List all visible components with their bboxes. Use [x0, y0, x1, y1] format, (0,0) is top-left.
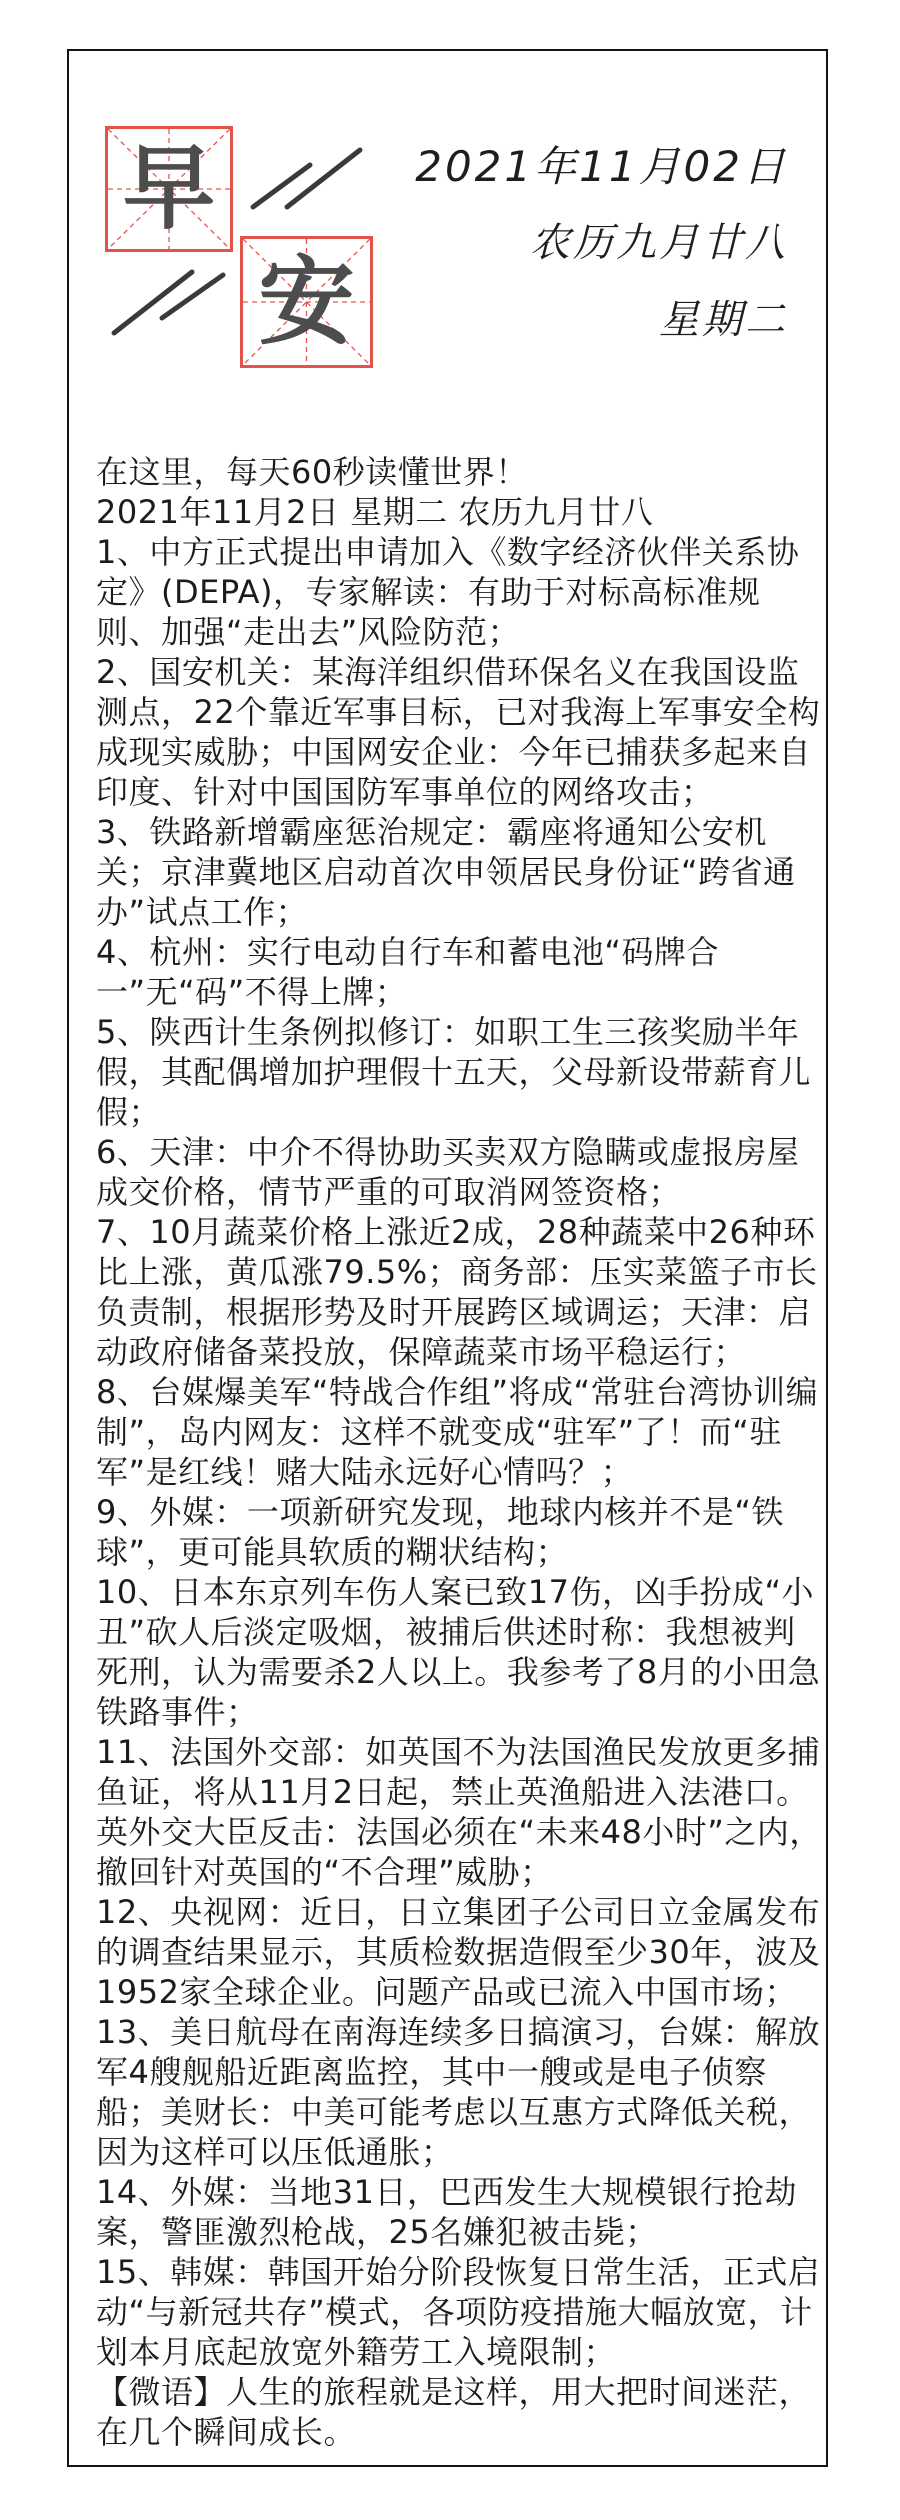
weiyu-quote: 【微语】人生的旅程就是这样，用大把时间迷茫，在几个瞬间成长。	[96, 2372, 822, 2452]
news-item-15: 15、韩媒：韩国开始分阶段恢复日常生活，正式启动“与新冠共存”模式，各项防疫措施…	[96, 2252, 822, 2372]
date-weekday: 星期二	[415, 282, 788, 359]
news-item-11: 11、法国外交部：如英国不为法国渔民发放更多捕鱼证，将从11月2日起，禁止英渔船…	[96, 1732, 822, 1892]
news-item-5: 5、陕西计生条例拟修订：如职工生三孩奖励半年假，其配偶增加护理假十五天，父母新设…	[96, 1012, 822, 1132]
news-item-1: 1、中方正式提出申请加入《数字经济伙伴关系协定》(DEPA)，专家解读：有助于对…	[96, 532, 822, 652]
news-item-10: 10、日本东京列车伤人案已致17伤，凶手扮成“小丑”砍人后淡定吸烟，被捕后供述时…	[96, 1572, 822, 1732]
date-block: 2021年11月02日 农历九月廿八 星期二	[415, 128, 788, 359]
news-item-7: 7、10月蔬菜价格上涨近2成，28种蔬菜中26种环比上涨，黄瓜涨79.5%；商务…	[96, 1212, 822, 1372]
news-item-2: 2、国安机关：某海洋组织借环保名义在我国设监测点，22个靠近军事目标，已对我海上…	[96, 652, 822, 812]
date-lunar: 农历九月廿八	[415, 205, 788, 282]
news-item-14: 14、外媒：当地31日，巴西发生大规模银行抢劫案，警匪激烈枪战，25名嫌犯被击毙…	[96, 2172, 822, 2252]
date-gregorian: 2021年11月02日	[415, 128, 788, 205]
decorative-slashes-icon	[100, 140, 370, 350]
news-item-9: 9、外媒：一项新研究发现，地球内核并不是“铁球”，更可能具软质的糊状结构；	[96, 1492, 822, 1572]
news-item-13: 13、美日航母在南海连续多日搞演习，台媒：解放军4艘舰船近距离监控，其中一艘或是…	[96, 2012, 822, 2172]
news-item-6: 6、天津：中介不得协助买卖双方隐瞒或虚报房屋成交价格，情节严重的可取消网签资格；	[96, 1132, 822, 1212]
morning-news-card: 早 安 2021年11月02日 农历九月廿八 星期二 在这里，每天60秒读懂世界…	[0, 0, 900, 2520]
news-item-4: 4、杭州：实行电动自行车和蓄电池“码牌合一”无“码”不得上牌；	[96, 932, 822, 1012]
news-item-3: 3、铁路新增霸座惩治规定：霸座将通知公安机关；京津冀地区启动首次申领居民身份证“…	[96, 812, 822, 932]
news-item-12: 12、央视网：近日，日立集团子公司日立金属发布的调查结果显示，其质检数据造假至少…	[96, 1892, 822, 2012]
intro-line: 在这里，每天60秒读懂世界！	[96, 452, 822, 492]
news-item-8: 8、台媒爆美军“特战合作组”将成“常驻台湾协训编制”，岛内网友：这样不就变成“驻…	[96, 1372, 822, 1492]
news-body: 在这里，每天60秒读懂世界！ 2021年11月2日 星期二 农历九月廿八 1、中…	[96, 452, 822, 2452]
date-line: 2021年11月2日 星期二 农历九月廿八	[96, 492, 822, 532]
